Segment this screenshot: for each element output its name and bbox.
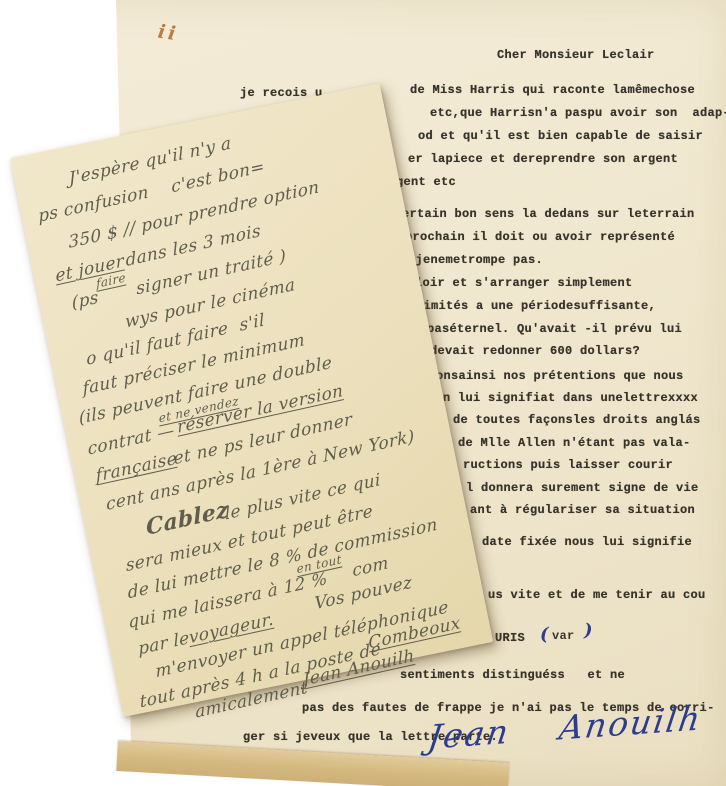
- typed-line: pas des fautes de frappe je n'ai pas le …: [302, 701, 715, 715]
- typed-line: ructions puis laisser courir: [463, 458, 673, 472]
- typed-line: de Mlle Allen n'étant pas vala-: [458, 436, 691, 450]
- typed-line: date fixée nous lui signifie: [482, 535, 692, 549]
- typed-line: sentiments distinguéss et ne: [400, 668, 625, 682]
- note-line: (ps: [71, 286, 105, 313]
- letter-scan-scene: Cher Monsieur Leclairje recois ude Miss …: [0, 0, 726, 786]
- typed-line: us vite et de me tenir au cou: [488, 588, 706, 602]
- typed-line: valoir et s'arranger simplement: [400, 276, 633, 290]
- typed-line: od et qu'il est bien capable de saisir: [418, 129, 703, 143]
- typed-line: l donnera surement signe de vie: [466, 481, 699, 495]
- typed-line: Cher Monsieur Leclair: [497, 48, 655, 62]
- typed-line: de Miss Harris qui raconte lamêmechose: [410, 83, 695, 97]
- typed-line: ertain bon sens la dedans sur leterrain: [402, 207, 695, 221]
- typed-line: paséternel. Qu'avait -il prévu lui: [427, 322, 682, 336]
- note-line: com: [352, 553, 390, 581]
- typed-line: etc,que Harrisn'a paspu avoir son adap-: [430, 106, 726, 120]
- typed-line: er lapiece et dereprendre son argent: [408, 152, 678, 166]
- typed-line: ger si jeveux que la lettre parte.: [243, 730, 498, 744]
- typed-line: de toutes façonsles droits anglás: [453, 413, 701, 427]
- typed-line: onsainsi nos prétentions que nous: [436, 369, 684, 383]
- typed-line: ant à régulariser sa situation: [470, 503, 695, 517]
- typed-line: limités a une périodesuffisante,: [416, 299, 656, 313]
- typed-line: URIS: [495, 631, 525, 645]
- typed-line: isprochain il doit ou avoir représenté: [390, 230, 675, 244]
- typed-line: gent etc: [396, 175, 456, 189]
- typed-line: n lui signifiat dans unelettrexxxx: [443, 391, 698, 405]
- typed-line: ! devait redonner 600 dollars?: [415, 344, 640, 358]
